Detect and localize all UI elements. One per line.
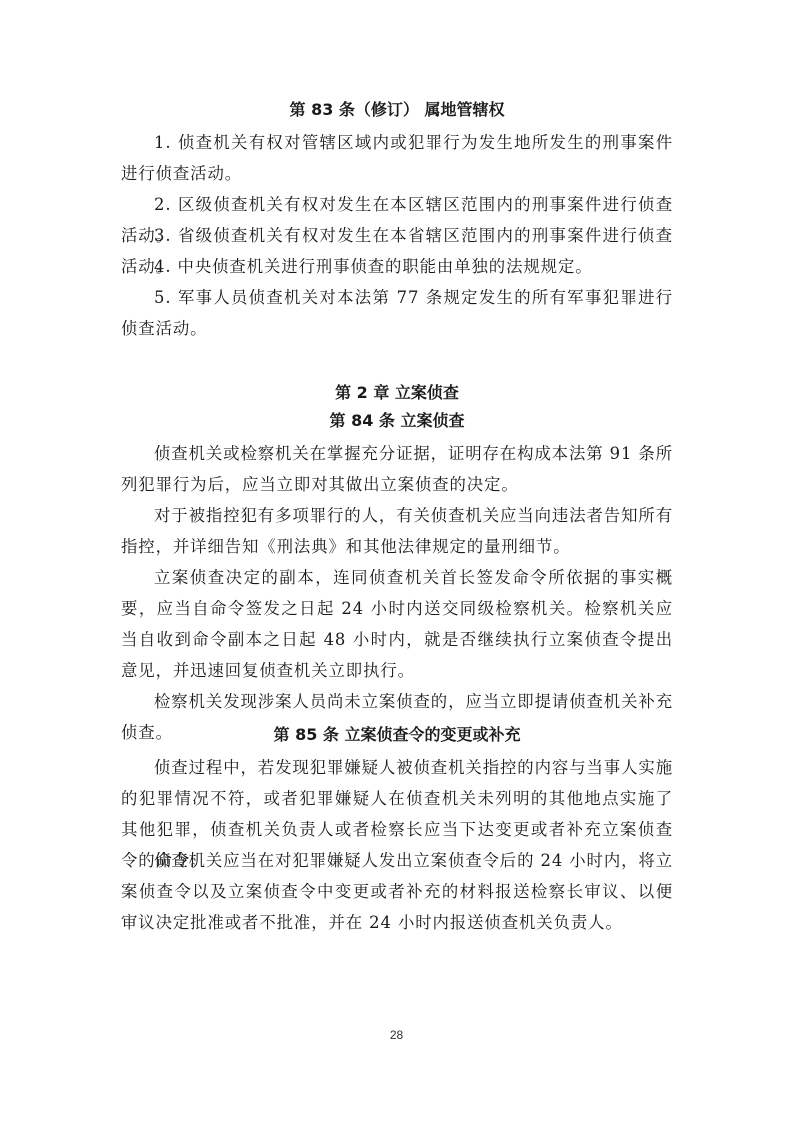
- article-84-paragraph-2: 对于被指控犯有多项罪行的人，有关侦查机关应当向违法者告知所有指控，并详细告知《刑…: [121, 500, 673, 562]
- article-83-item-1: 1. 侦查机关有权对管辖区域内或犯罪行为发生地所发生的刑事案件进行侦查活动。: [121, 127, 673, 189]
- article-85-heading: 第 85 条 立案侦查令的变更或补充: [121, 725, 673, 745]
- article-83-item-5: 5. 军事人员侦查机关对本法第 77 条规定发生的所有军事犯罪进行侦查活动。: [121, 282, 673, 344]
- article-85-paragraph-2: 侦查机关应当在对犯罪嫌疑人发出立案侦查令后的 24 小时内，将立案侦查令以及立案…: [121, 845, 673, 938]
- article-84-paragraph-3: 立案侦查决定的副本，连同侦查机关首长签发命令所依据的事实概要，应当自命令签发之日…: [121, 562, 673, 686]
- chapter-2-heading: 第 2 章 立案侦查: [121, 383, 673, 403]
- article-83-item-4: 4. 中央侦查机关进行刑事侦查的职能由单独的法规规定。: [121, 251, 673, 282]
- article-83-heading: 第 83 条（修订） 属地管辖权: [121, 100, 673, 120]
- article-84-heading: 第 84 条 立案侦查: [121, 411, 673, 431]
- article-84-paragraph-1: 侦查机关或检察机关在掌握充分证据，证明存在构成本法第 91 条所列犯罪行为后，应…: [121, 438, 673, 500]
- page-number: 28: [0, 1028, 793, 1042]
